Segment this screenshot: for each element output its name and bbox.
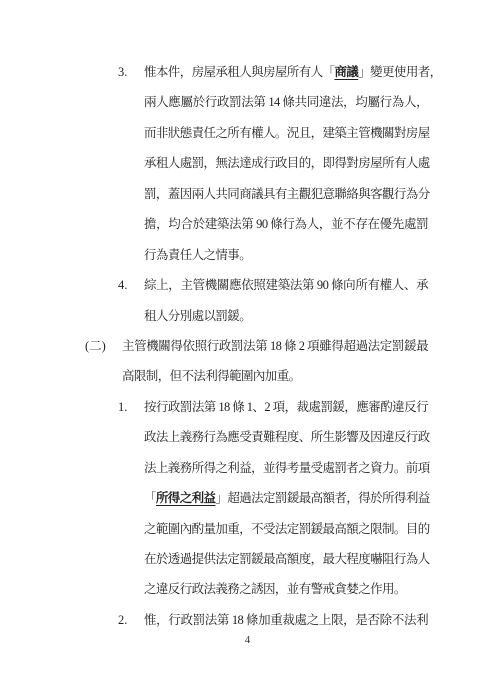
text-segment: 「 <box>144 491 156 505</box>
text-segment: 而非狀態責任之所有權人。況且，建築主管機關對房屋 <box>144 126 430 140</box>
text-line: 綜上，主管機關應依照建築法第 90 條向所有權人、承 <box>144 270 428 300</box>
text-line: 按行政罰法第 18 條 1、2 項，裁處罰鍰，應審酌違反行 <box>144 392 428 422</box>
text-line: 行為責任人之情事。 <box>144 240 428 270</box>
text-line: 承租人處罰，無法達成行政目的，即得對房屋所有人處 <box>144 148 428 178</box>
list-marker: 1. <box>118 392 127 422</box>
text-line: 兩人應屬於行政罰法第 14 條共同違法，均屬行為人， <box>144 87 428 117</box>
text-segment: 按行政罰法第 18 條 1、2 項，裁處罰鍰，應審酌違反行 <box>144 400 428 414</box>
text-segment: 」變更使用者， <box>358 65 441 79</box>
text-segment: 兩人應屬於行政罰法第 14 條共同違法，均屬行為人， <box>144 95 428 109</box>
list-marker: (二) <box>85 331 106 361</box>
text-line: 而非狀態責任之所有權人。況且，建築主管機關對房屋 <box>144 118 428 148</box>
text-block: 3.惟本件，房屋承租人與房屋所有人「商議」變更使用者，兩人應屬於行政罰法第 14… <box>0 57 495 635</box>
list-item-block: (二)主管機關得依照行政罰法第 18 條 2 項雖得超過法定罰鍰最高限制，但不法… <box>0 331 495 392</box>
list-marker: 2. <box>118 605 127 635</box>
list-item-block: 2.惟，行政罰法第 18 條加重裁處之上限，是否除不法利 <box>0 605 495 635</box>
text-segment: 」超過法定罰鍰最高額者，得於所得利益 <box>215 491 429 505</box>
paragraph-lines: 惟，行政罰法第 18 條加重裁處之上限，是否除不法利 <box>0 605 495 635</box>
text-line: 惟，行政罰法第 18 條加重裁處之上限，是否除不法利 <box>144 605 428 635</box>
paragraph-lines: 綜上，主管機關應依照建築法第 90 條向所有權人、承租人分別處以罰鍰。 <box>0 270 495 331</box>
text-line: 高限制，但不法利得範圍內加重。 <box>122 361 428 391</box>
text-line: 之範圍內酌量加重，不受法定罰鍰最高額之限制。目的 <box>144 514 428 544</box>
text-segment: 政法上義務行為應受責難程度、所生影響及因違反行政 <box>144 430 430 444</box>
list-marker: 3. <box>118 57 127 87</box>
text-segment: 法上義務所得之利益，並得考量受處罰者之資力。前項 <box>144 461 430 475</box>
text-line: 在於透過提供法定罰鍰最高額度，最大程度嚇阻行為人 <box>144 544 428 574</box>
list-item-block: 1.按行政罰法第 18 條 1、2 項，裁處罰鍰，應審酌違反行政法上義務行為應受… <box>0 392 495 605</box>
emphasized-term: 商議 <box>334 65 358 79</box>
emphasized-term: 所得之利益 <box>156 491 216 505</box>
text-line: 法上義務所得之利益，並得考量受處罰者之資力。前項 <box>144 453 428 483</box>
text-segment: 擔，均合於建築法第 90 條行為人，並不存在優先處罰 <box>144 217 428 231</box>
text-segment: 惟，行政罰法第 18 條加重裁處之上限，是否除不法利 <box>144 613 428 627</box>
text-segment: 行為責任人之情事。 <box>144 248 251 262</box>
text-segment: 租人分別處以罰鍰。 <box>144 309 251 323</box>
text-segment: 在於透過提供法定罰鍰最高額度，最大程度嚇阻行為人 <box>144 552 430 566</box>
text-line: 「所得之利益」超過法定罰鍰最高額者，得於所得利益 <box>144 483 428 513</box>
text-segment: 承租人處罰，無法達成行政目的，即得對房屋所有人處 <box>144 156 430 170</box>
document-page: 3.惟本件，房屋承租人與房屋所有人「商議」變更使用者，兩人應屬於行政罰法第 14… <box>0 0 495 700</box>
text-segment: 之違反行政法義務之誘因，並有警戒貪婪之作用。 <box>144 582 406 596</box>
paragraph-lines: 按行政罰法第 18 條 1、2 項，裁處罰鍰，應審酌違反行政法上義務行為應受責難… <box>0 392 495 605</box>
text-segment: 主管機關得依照行政罰法第 18 條 2 項雖得超過法定罰鍰最 <box>122 339 428 353</box>
text-line: 主管機關得依照行政罰法第 18 條 2 項雖得超過法定罰鍰最 <box>122 331 428 361</box>
text-line: 惟本件，房屋承租人與房屋所有人「商議」變更使用者， <box>144 57 428 87</box>
text-segment: 綜上，主管機關應依照建築法第 90 條向所有權人、承 <box>144 278 428 292</box>
text-line: 之違反行政法義務之誘因，並有警戒貪婪之作用。 <box>144 574 428 604</box>
text-segment: 惟本件，房屋承租人與房屋所有人「 <box>144 65 334 79</box>
list-marker: 4. <box>118 270 127 300</box>
paragraph-lines: 主管機關得依照行政罰法第 18 條 2 項雖得超過法定罰鍰最高限制，但不法利得範… <box>0 331 495 392</box>
paragraph-lines: 惟本件，房屋承租人與房屋所有人「商議」變更使用者，兩人應屬於行政罰法第 14 條… <box>0 57 495 270</box>
text-line: 擔，均合於建築法第 90 條行為人，並不存在優先處罰 <box>144 209 428 239</box>
list-item-block: 3.惟本件，房屋承租人與房屋所有人「商議」變更使用者，兩人應屬於行政罰法第 14… <box>0 57 495 270</box>
page-number: 4 <box>0 633 495 647</box>
text-segment: 高限制，但不法利得範圍內加重。 <box>122 369 301 383</box>
text-segment: 之範圍內酌量加重，不受法定罰鍰最高額之限制。目的 <box>144 522 430 536</box>
text-line: 租人分別處以罰鍰。 <box>144 301 428 331</box>
list-item-block: 4.綜上，主管機關應依照建築法第 90 條向所有權人、承租人分別處以罰鍰。 <box>0 270 495 331</box>
text-segment: 罰，蓋因兩人共同商議具有主觀犯意聯絡與客觀行為分 <box>144 187 430 201</box>
text-line: 政法上義務行為應受責難程度、所生影響及因違反行政 <box>144 422 428 452</box>
text-line: 罰，蓋因兩人共同商議具有主觀犯意聯絡與客觀行為分 <box>144 179 428 209</box>
